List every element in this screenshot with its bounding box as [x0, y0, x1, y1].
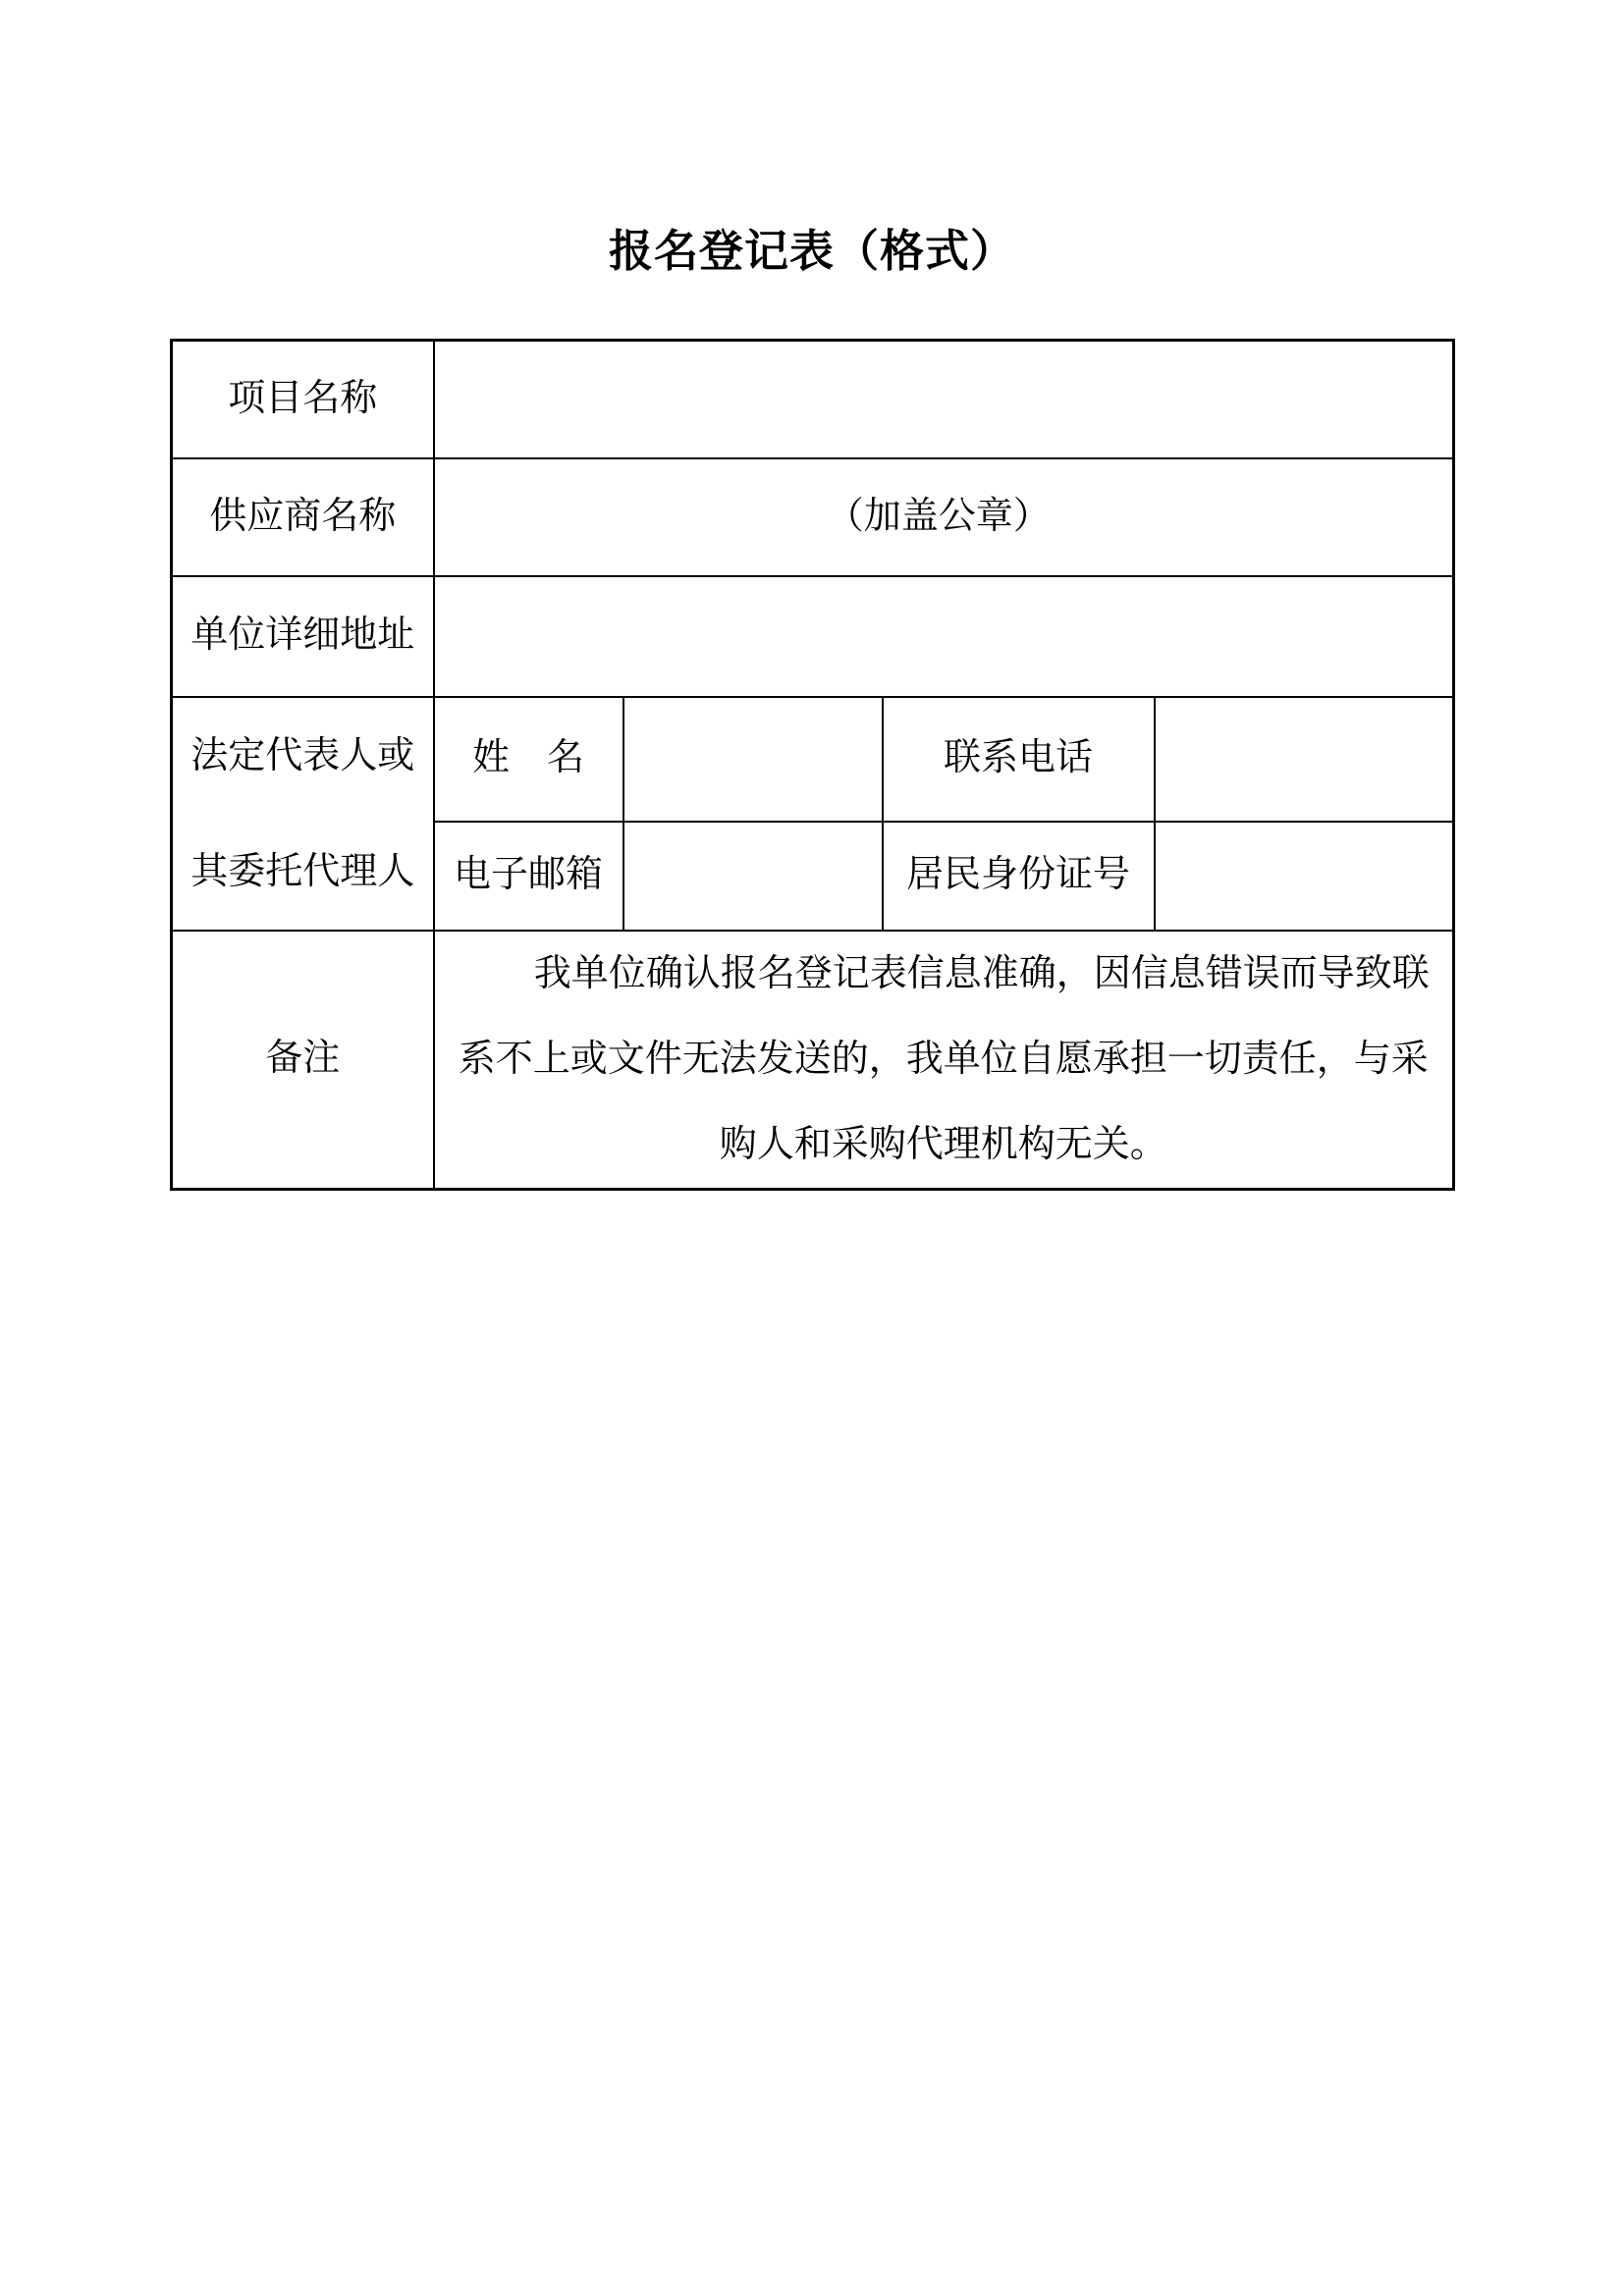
registration-form-table: 项目名称 供应商名称 （加盖公章） 单位详细地址 法定代表人或 其委托代理人 姓… — [170, 339, 1455, 1191]
id-number-label: 居民身份证号 — [883, 822, 1155, 930]
phone-label: 联系电话 — [883, 697, 1155, 823]
remark-text-cell: 我单位确认报名登记表信息准确，因信息错误而导致联 系不上或文件无法发送的，我单位… — [434, 931, 1454, 1190]
project-name-value-cell[interactable] — [434, 341, 1454, 458]
official-seal-note: （加盖公章） — [827, 496, 1051, 537]
table-row: 备注 我单位确认报名登记表信息准确，因信息错误而导致联 系不上或文件无法发送的，… — [172, 931, 1454, 1190]
legal-representative-label-line1: 法定代表人或 — [173, 698, 433, 814]
id-number-value-cell[interactable] — [1155, 822, 1454, 930]
phone-value-cell[interactable] — [1155, 697, 1454, 823]
table-row: 单位详细地址 — [172, 576, 1454, 697]
address-label: 单位详细地址 — [172, 576, 434, 697]
remark-text-line3: 购人和采购代理机构无关。 — [453, 1102, 1435, 1188]
remark-label: 备注 — [172, 931, 434, 1190]
page-title: 报名登记表（格式） — [0, 227, 1624, 278]
supplier-name-label: 供应商名称 — [172, 458, 434, 576]
email-value-cell[interactable] — [623, 822, 883, 930]
legal-representative-label: 法定代表人或 其委托代理人 — [172, 697, 434, 931]
table-row: 供应商名称 （加盖公章） — [172, 458, 1454, 576]
table-row: 项目名称 — [172, 341, 1454, 458]
email-label: 电子邮箱 — [434, 822, 623, 930]
address-value-cell[interactable] — [434, 576, 1454, 697]
name-value-cell[interactable] — [623, 697, 883, 823]
remark-text-line2: 系不上或文件无法发送的，我单位自愿承担一切责任，与采 — [453, 1017, 1435, 1102]
supplier-name-value-cell[interactable]: （加盖公章） — [434, 458, 1454, 576]
table-row: 法定代表人或 其委托代理人 姓 名 联系电话 — [172, 697, 1454, 823]
name-label: 姓 名 — [434, 697, 623, 823]
remark-text-line1: 我单位确认报名登记表信息准确，因信息错误而导致联 — [453, 932, 1435, 1017]
legal-representative-label-line2: 其委托代理人 — [173, 814, 433, 930]
project-name-label: 项目名称 — [172, 341, 434, 458]
document-page: 报名登记表（格式） 项目名称 供应商名称 （加盖公章） 单位详细地址 — [0, 0, 1624, 2296]
